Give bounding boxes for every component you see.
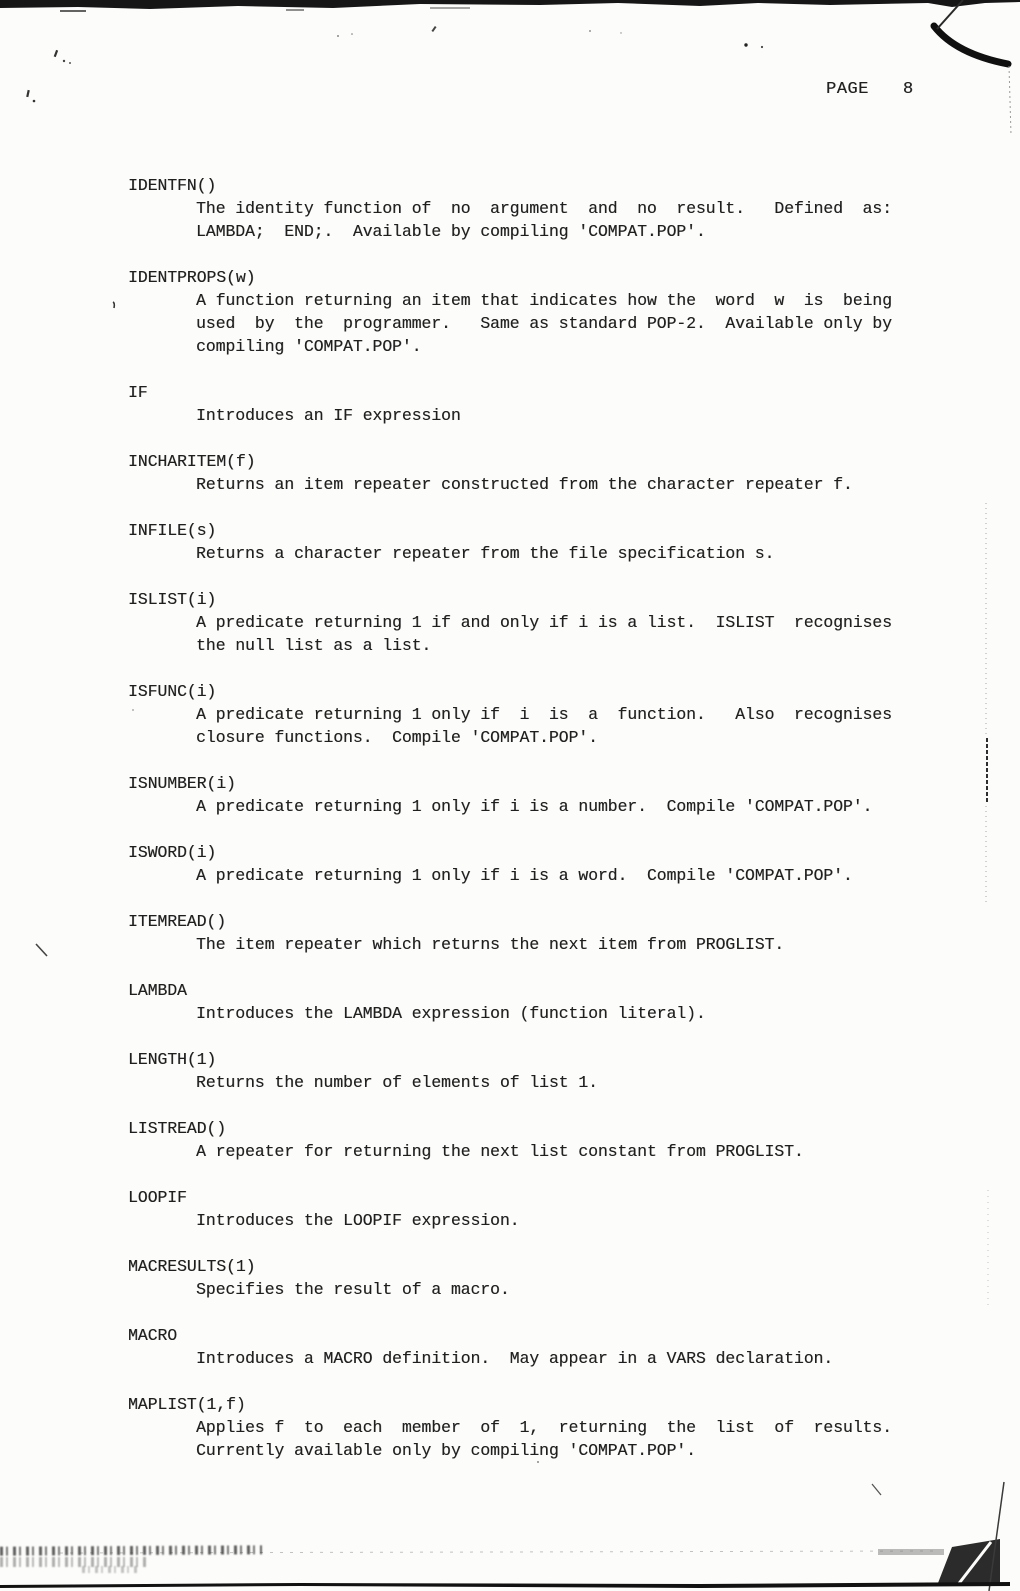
entry-definition-line: A function returning an item that indica… (196, 289, 928, 312)
entry-term: INCHARITEM(f) (128, 450, 928, 473)
glossary-entry-macro: MACRO Introduces a MACRO definition. May… (128, 1324, 928, 1370)
glossary-entry-listread: LISTREAD() A repeater for returning the … (128, 1117, 928, 1163)
entry-term: ISFUNC(i) (128, 680, 928, 703)
glossary-entry-isnumber: ISNUMBER(i) A predicate returning 1 only… (128, 772, 928, 818)
glossary-entry-length: LENGTH(1) Returns the number of elements… (128, 1048, 928, 1094)
glossary-entry-incharitem: INCHARITEM(f) Returns an item repeater c… (128, 450, 928, 496)
torn-edge-artifact (0, 0, 1020, 9)
glossary-entry-isword: ISWORD(i) A predicate returning 1 only i… (128, 841, 928, 887)
entry-term: LOOPIF (128, 1186, 928, 1209)
scan-smudge (82, 1566, 140, 1573)
glossary-entry-infile: INFILE(s) Returns a character repeater f… (128, 519, 928, 565)
entry-definition-line: The identity function of no argument and… (196, 197, 928, 220)
page-label: PAGE (826, 80, 869, 99)
glossary-entry-loopif: LOOPIF Introduces the LOOPIF expression. (128, 1186, 928, 1232)
glossary-entry-maplist: MAPLIST(1,f) Applies f to each member of… (128, 1393, 928, 1462)
entry-definition-line: Returns a character repeater from the fi… (196, 542, 928, 565)
entry-term: MACRESULTS(1) (128, 1255, 928, 1278)
entry-definition-line: Introduces a MACRO definition. May appea… (196, 1347, 928, 1370)
entry-definition-line: A predicate returning 1 only if i is a n… (196, 795, 928, 818)
entry-definition-line: used by the programmer. Same as standard… (196, 312, 928, 335)
entry-term: ITEMREAD() (128, 910, 928, 933)
entry-definition-line: the null list as a list. (196, 634, 928, 657)
entry-term: INFILE(s) (128, 519, 928, 542)
entry-definition-line: closure functions. Compile 'COMPAT.POP'. (196, 726, 928, 749)
glossary-entry-isfunc: ISFUNC(i) A predicate returning 1 only i… (128, 680, 928, 749)
entry-term: ISWORD(i) (128, 841, 928, 864)
entry-definition-line: A repeater for returning the next list c… (196, 1140, 928, 1163)
entry-definition-line: Returns an item repeater constructed fro… (196, 473, 928, 496)
entry-term: LISTREAD() (128, 1117, 928, 1140)
glossary-entry-itemread: ITEMREAD() The item repeater which retur… (128, 910, 928, 956)
entry-definition-line: Currently available only by compiling 'C… (196, 1439, 928, 1462)
glossary-entry-macresults: MACRESULTS(1) Specifies the result of a … (128, 1255, 928, 1301)
entry-definition-line: Introduces the LAMBDA expression (functi… (196, 1002, 928, 1025)
entry-definition-line: Introduces the LOOPIF expression. (196, 1209, 928, 1232)
entry-term: ISNUMBER(i) (128, 772, 928, 795)
glossary-entry-lambda: LAMBDA Introduces the LAMBDA expression … (128, 979, 928, 1025)
entry-definition-line: Returns the number of elements of list 1… (196, 1071, 928, 1094)
entry-definition-line: The item repeater which returns the next… (196, 933, 928, 956)
entry-definition-line: A predicate returning 1 if and only if i… (196, 611, 928, 634)
corner-curl-artifact (934, 26, 1008, 64)
entry-term: MAPLIST(1,f) (128, 1393, 928, 1416)
entry-term: IDENTFN() (128, 174, 928, 197)
glossary-entry-if: IF Introduces an IF expression (128, 381, 928, 427)
scan-smudge (0, 1557, 148, 1567)
entry-term: IDENTPROPS(w) (128, 266, 928, 289)
entry-definition-line: compiling 'COMPAT.POP'. (196, 335, 928, 358)
entry-definition-line: LAMBDA; END;. Available by compiling 'CO… (196, 220, 928, 243)
page-number: 8 (903, 80, 914, 99)
entry-definition-line: A predicate returning 1 only if i is a w… (196, 864, 928, 887)
entry-term: ISLIST(i) (128, 588, 928, 611)
entry-term: IF (128, 381, 928, 404)
entry-definition-line: Specifies the result of a macro. (196, 1278, 928, 1301)
entry-definition-line: A predicate returning 1 only if i is a f… (196, 703, 928, 726)
bottom-edge-line (0, 1582, 1010, 1588)
bottom-corner-artifact (938, 1539, 1000, 1583)
glossary-entry-islist: ISLIST(i) A predicate returning 1 if and… (128, 588, 928, 657)
scan-smudge (0, 1545, 262, 1555)
entry-term: MACRO (128, 1324, 928, 1347)
glossary-content: IDENTFN() The identity function of no ar… (128, 174, 928, 1485)
entry-definition-line: Applies f to each member of 1, returning… (196, 1416, 928, 1439)
entry-definition-line: Introduces an IF expression (196, 404, 928, 427)
glossary-entry-identprops: IDENTPROPS(w) A function returning an it… (128, 266, 928, 358)
entry-term: LENGTH(1) (128, 1048, 928, 1071)
page-header: PAGE8 (826, 80, 914, 99)
entry-term: LAMBDA (128, 979, 928, 1002)
glossary-entry-identfn: IDENTFN() The identity function of no ar… (128, 174, 928, 243)
